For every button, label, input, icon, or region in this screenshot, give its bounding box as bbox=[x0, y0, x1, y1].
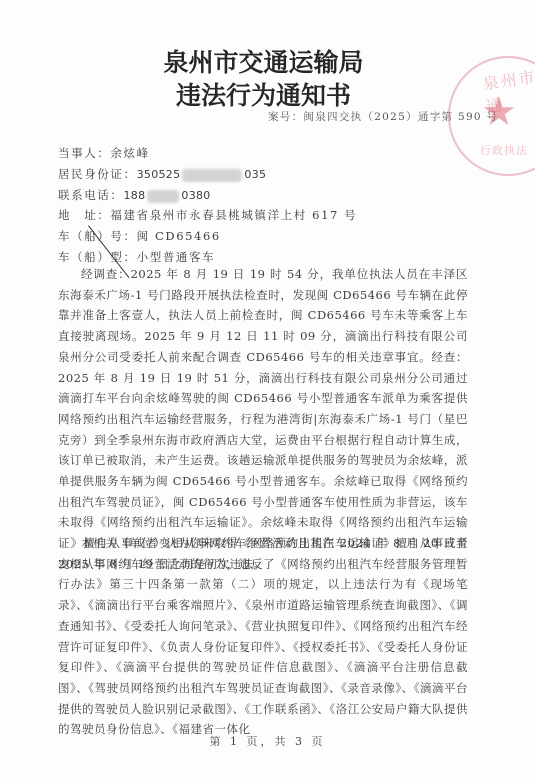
phone-suffix: 0380 bbox=[181, 189, 210, 202]
struck-char: 船 bbox=[84, 250, 97, 264]
vehicle-type-row: 车（船）型：小型普通客车 bbox=[58, 249, 215, 265]
redaction-blur bbox=[147, 190, 179, 203]
id-label: 居民身份证： bbox=[58, 167, 137, 181]
address-label: 地 址： bbox=[58, 208, 110, 222]
vehicle-type-label-b: ）型： bbox=[97, 250, 136, 264]
vehicle-number-label-a: 车（ bbox=[58, 229, 84, 243]
party-phone-row: 联系电话：1880380 bbox=[58, 187, 211, 204]
party-name-label: 当事人： bbox=[58, 146, 110, 160]
page-number: 第 1 页，共 3 页 bbox=[0, 733, 535, 749]
vehicle-type: 小型普通客车 bbox=[137, 250, 216, 264]
party-name: 余炫峰 bbox=[110, 146, 149, 160]
party-id-row: 居民身份证：350525035 bbox=[58, 166, 266, 183]
party-name-row: 当事人：余炫峰 bbox=[58, 145, 150, 161]
id-prefix: 350525 bbox=[137, 168, 181, 181]
struck-text: 船 bbox=[84, 228, 97, 244]
vehicle-number-row: 车（船）号：闽 CD65466 bbox=[58, 228, 221, 244]
address: 福建省泉州市永春县桃城镇洋上村 617 号 bbox=[110, 208, 357, 222]
document-page: 泉州市交通运输局 违法行为通知书 案号：闽泉四交执（2025）通字第 590 号… bbox=[0, 0, 535, 778]
id-suffix: 035 bbox=[244, 168, 266, 181]
stamp-text-bottom: 行政执法 bbox=[480, 142, 528, 158]
vehicle-number: 闽 CD65466 bbox=[137, 229, 221, 243]
phone-prefix: 188 bbox=[124, 189, 146, 202]
investigation-paragraph: 经调查：2025 年 8 月 19 日 19 时 54 分，我单位执法人员在丰泽… bbox=[58, 264, 468, 575]
determination-paragraph: 本机关（单位）认为你未取得《网络预约出租汽车运输证》擅自从事或者变相从事网约车经… bbox=[58, 533, 468, 740]
phone-label: 联系电话： bbox=[58, 188, 124, 202]
star-icon: ★ bbox=[481, 92, 517, 132]
vehicle-number-label-b: ）号： bbox=[97, 229, 136, 243]
party-address-row: 地 址：福建省泉州市永春县桃城镇洋上村 617 号 bbox=[58, 207, 357, 223]
vehicle-type-label-a: 车（ bbox=[58, 250, 84, 264]
redaction-blur bbox=[182, 169, 242, 182]
struck-text: 船 bbox=[84, 249, 97, 265]
issuer-title: 泉州市交通运输局 bbox=[0, 48, 531, 78]
